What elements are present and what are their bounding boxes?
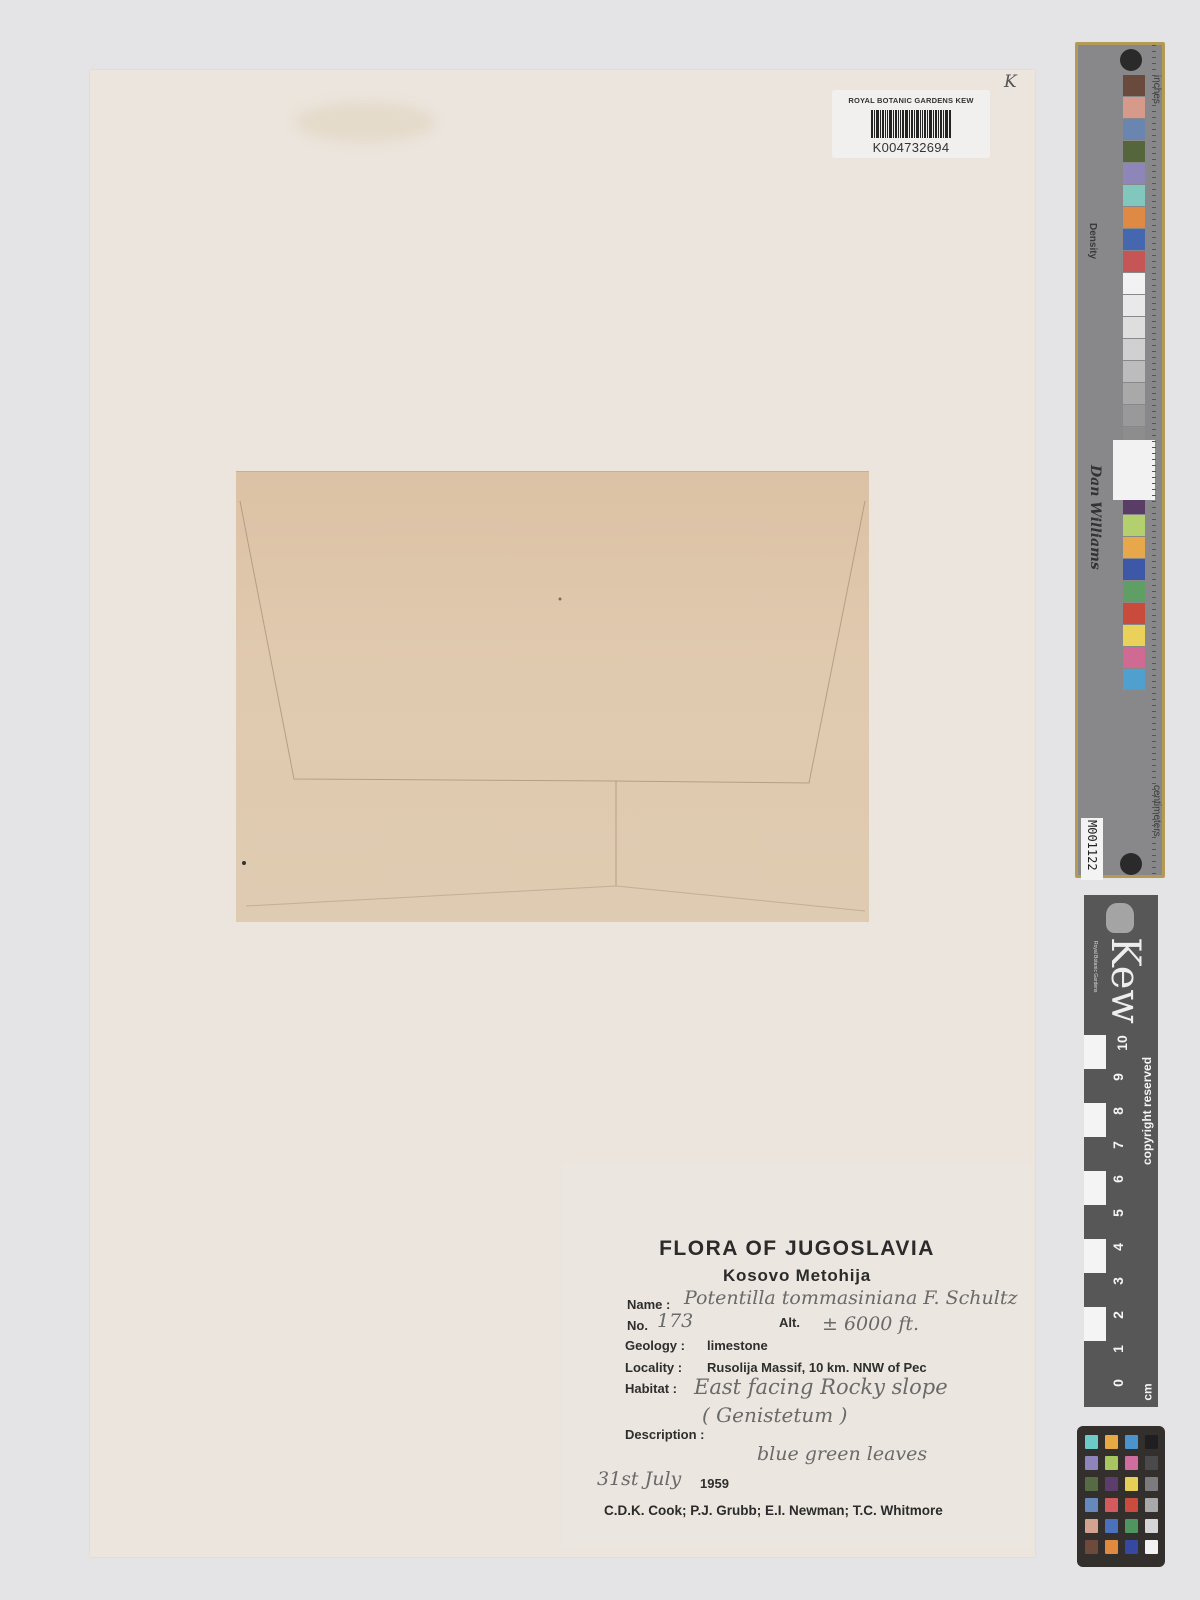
color-bar-code-text: M001122 (1085, 820, 1099, 871)
barcode-label: ROYAL BOTANIC GARDENS KEW K004732694 (832, 90, 990, 158)
color-patch (1123, 295, 1145, 316)
scale-block (1084, 1307, 1106, 1341)
color-patch (1123, 97, 1145, 118)
checker-swatch (1105, 1435, 1118, 1449)
checker-swatch (1125, 1519, 1138, 1533)
color-patch (1123, 405, 1145, 426)
checker-swatch (1085, 1498, 1098, 1512)
checker-swatch (1085, 1435, 1098, 1449)
checker-swatch (1145, 1519, 1158, 1533)
locality-label: Locality : (625, 1360, 682, 1375)
scale-blocks (1084, 1035, 1106, 1407)
color-patch (1123, 669, 1145, 690)
scale-block (1084, 1035, 1106, 1069)
scale-tick: 3 (1110, 1277, 1126, 1285)
kew-crest-icon (1106, 903, 1134, 933)
color-bar-code: M001122 (1081, 818, 1103, 880)
checker-swatch (1085, 1519, 1098, 1533)
scale-tick: 4 (1110, 1243, 1126, 1251)
scale-block (1084, 1103, 1106, 1137)
color-patch (1123, 163, 1145, 184)
number-value: 173 (657, 1310, 693, 1332)
color-patch (1123, 273, 1145, 294)
color-patch (1123, 581, 1145, 602)
checker-swatch (1125, 1435, 1138, 1449)
kew-scale-bar: Royal Botanic Gardens Kew copyright rese… (1084, 895, 1158, 1407)
specimen-label: FLORA OF JUGOSLAVIA Kosovo Metohija Name… (562, 1163, 1032, 1548)
altitude-value: ± 6000 ft. (822, 1313, 919, 1335)
scale-tick: 8 (1110, 1107, 1126, 1115)
color-patch (1123, 383, 1145, 404)
checker-swatch (1145, 1456, 1158, 1470)
punch-hole-top (1120, 49, 1142, 71)
scale-tick: 2 (1110, 1311, 1126, 1319)
checker-swatch (1085, 1456, 1098, 1470)
label-title: FLORA OF JUGOSLAVIA (562, 1237, 1032, 1261)
scale-tick: 7 (1110, 1141, 1126, 1149)
specimen-envelope (236, 471, 869, 922)
color-patch (1123, 361, 1145, 382)
color-calibration-bar: inches centimeters Density Dan Williams … (1075, 42, 1165, 878)
checker-swatch (1105, 1498, 1118, 1512)
checker-swatch (1105, 1540, 1118, 1554)
density-label: Density (1087, 223, 1098, 259)
checker-swatch (1125, 1477, 1138, 1491)
collectors: C.D.K. Cook; P.J. Grubb; E.I. Newman; T.… (604, 1503, 943, 1518)
unit-label: cm (1141, 1383, 1155, 1400)
copyright-text: copyright reserved (1140, 1057, 1154, 1165)
color-checker-card (1077, 1426, 1165, 1567)
description-value: blue green leaves (757, 1443, 927, 1465)
scale-tick: 1 (1110, 1345, 1126, 1353)
scale-tick: 9 (1110, 1073, 1126, 1081)
checker-swatch (1125, 1456, 1138, 1470)
checker-swatch (1145, 1435, 1158, 1449)
scale-tick: 10 (1114, 1035, 1130, 1051)
sheet-mark: K (1004, 72, 1017, 92)
scale-tick: 6 (1110, 1175, 1126, 1183)
scale-block (1084, 1171, 1106, 1205)
number-label: No. (627, 1318, 648, 1333)
color-patch (1123, 339, 1145, 360)
color-patch (1123, 141, 1145, 162)
kew-subtitle: Royal Botanic Gardens (1092, 941, 1098, 992)
checker-swatch (1105, 1456, 1118, 1470)
punch-hole-bottom (1120, 853, 1142, 875)
habitat-value-2: ( Genistetum ) (702, 1403, 847, 1427)
color-patch (1123, 251, 1145, 272)
brand-label: Dan Williams (1087, 465, 1103, 570)
scale-block (1084, 1239, 1106, 1273)
checker-swatch (1105, 1519, 1118, 1533)
color-patch (1123, 229, 1145, 250)
scale-tick: 0 (1110, 1379, 1126, 1387)
color-patch (1123, 647, 1145, 668)
checker-swatch (1085, 1540, 1098, 1554)
color-patch (1123, 515, 1145, 536)
name-value: Potentilla tommasiniana F. Schultz (684, 1287, 1017, 1309)
label-region: Kosovo Metohija (562, 1266, 1032, 1286)
barcode-icon (859, 110, 963, 138)
envelope-fold-lines (236, 471, 869, 922)
color-patch (1123, 603, 1145, 624)
habitat-label: Habitat : (625, 1381, 677, 1396)
color-patch (1123, 625, 1145, 646)
ruler-ticks (1152, 45, 1156, 875)
habitat-value: East facing Rocky slope (694, 1375, 948, 1399)
altitude-label: Alt. (779, 1315, 800, 1330)
checker-swatch (1145, 1477, 1158, 1491)
scale-tick: 5 (1110, 1209, 1126, 1217)
color-patch (1123, 185, 1145, 206)
checker-swatch (1125, 1540, 1138, 1554)
checker-swatch (1145, 1498, 1158, 1512)
geology-value: limestone (707, 1338, 768, 1353)
color-patch (1123, 75, 1145, 96)
checker-swatch (1145, 1540, 1158, 1554)
date-day: 31st July (597, 1468, 681, 1490)
color-patch (1123, 119, 1145, 140)
locality-value: Rusolija Massif, 10 km. NNW of Pec (707, 1360, 927, 1375)
barcode-number: K004732694 (832, 140, 990, 155)
geology-label: Geology : (625, 1338, 685, 1353)
checker-swatch (1125, 1498, 1138, 1512)
reference-card (1113, 440, 1155, 500)
color-patch (1123, 207, 1145, 228)
kew-logo: Kew (1102, 937, 1148, 1024)
date-year: 1959 (700, 1476, 729, 1491)
description-label: Description : (625, 1427, 704, 1442)
checker-swatch (1105, 1477, 1118, 1491)
checker-swatch (1085, 1477, 1098, 1491)
color-patch (1123, 559, 1145, 580)
institution-name: ROYAL BOTANIC GARDENS KEW (832, 96, 990, 105)
color-patch (1123, 537, 1145, 558)
color-patch (1123, 317, 1145, 338)
paper-stain (295, 102, 435, 142)
